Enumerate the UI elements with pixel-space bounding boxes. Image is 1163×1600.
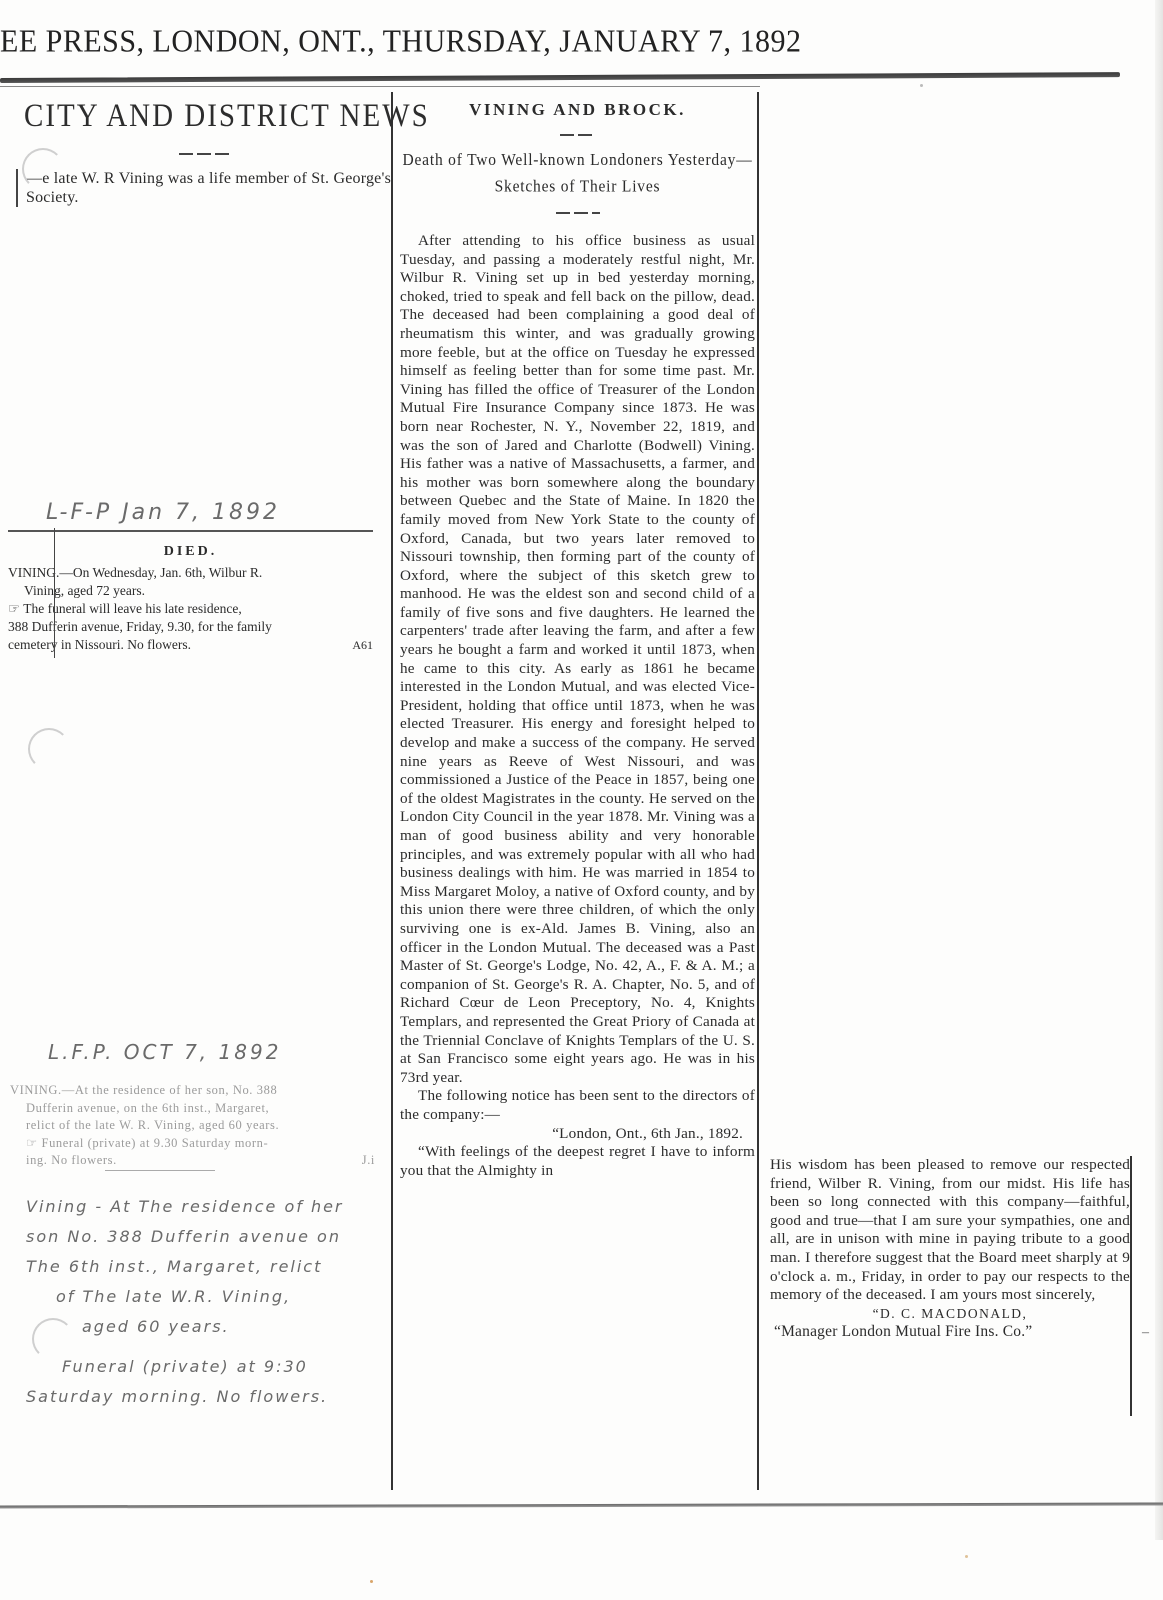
died-line: Vining, aged 72 years.: [8, 582, 373, 600]
clipping-edge-line: [54, 528, 55, 658]
separator: [560, 134, 596, 136]
handwritten-date-annotation: L.F.P. OCT 7, 1892: [48, 1040, 281, 1064]
right-column-border: [1130, 1156, 1132, 1416]
right-column-letter: His wisdom has been pleased to remove ou…: [770, 1156, 1130, 1341]
faded-line: ☞ Funeral (private) at 9.30 Saturday mor…: [10, 1135, 375, 1153]
clipping-bottom-rule: [0, 1502, 1163, 1508]
masthead-thin-rule: [0, 86, 760, 87]
article-subheadline: Death of Two Well-known Londoners Yester…: [400, 148, 755, 201]
letter-signature-title: “Manager London Mutual Fire Ins. Co.”: [770, 1323, 1130, 1341]
faded-line: Dufferin avenue, on the 6th inst., Marga…: [10, 1100, 375, 1118]
letter-opening: “With feelings of the deepest regret I h…: [400, 1143, 755, 1180]
faded-death-notice: VINING.—At the residence of her son, No.…: [10, 1082, 375, 1171]
punch-hole-mark: [28, 728, 70, 770]
died-line: VINING.—On Wednesday, Jan. 6th, Wilbur R…: [8, 564, 373, 582]
underline-mark: [105, 1170, 215, 1171]
newspaper-masthead: EE PRESS, LONDON, ONT., THURSDAY, JANUAR…: [0, 24, 1163, 66]
paper-speck: [370, 1580, 373, 1583]
masthead-rule: [0, 72, 1120, 83]
section-title: CITY AND DISTRICT NEWS: [24, 98, 391, 135]
handwritten-date-annotation: L-F-P Jan 7, 1892: [46, 500, 280, 525]
notice-intro: The following notice has been sent to th…: [400, 1087, 755, 1124]
article-body: After attending to his office business a…: [400, 232, 755, 1087]
letter-date: “London, Ont., 6th Jan., 1892.: [400, 1125, 755, 1144]
faded-line-text: ing. No flowers.: [26, 1153, 117, 1167]
died-line: cemetery in Nissouri. No flowers. A61: [8, 636, 373, 654]
handwritten-line: Saturday morning. No flowers.: [26, 1382, 396, 1412]
handwritten-line: son No. 388 Dufferin avenue on: [26, 1222, 396, 1252]
handwritten-line: Funeral (private) at 9:30: [26, 1352, 396, 1382]
article-headline: VINING AND BROCK.: [400, 100, 755, 120]
letter-signature: “D. C. MACDONALD,: [770, 1305, 1130, 1323]
died-notice-code: A61: [352, 636, 373, 654]
separator: [179, 153, 229, 155]
scan-edge-shadow: [1155, 0, 1163, 1540]
handwritten-line: Vining - At The residence of her: [26, 1192, 396, 1222]
edge-mark: –: [1142, 1325, 1149, 1341]
left-column: CITY AND DISTRICT NEWS —e late W. R Vini…: [16, 98, 391, 207]
separator: [556, 212, 600, 214]
paper-speck: [965, 1555, 968, 1558]
letter-continued: His wisdom has been pleased to remove ou…: [770, 1156, 1130, 1305]
faded-notice-code: J.i: [362, 1152, 375, 1170]
died-line: 388 Dufferin avenue, Friday, 9.30, for t…: [8, 618, 373, 636]
faded-line: relict of the late W. R. Vining, aged 60…: [10, 1117, 375, 1135]
paper-speck: [920, 84, 923, 87]
handwritten-line: aged 60 years.: [26, 1312, 396, 1342]
masthead-text: EE PRESS, LONDON, ONT., THURSDAY, JANUAR…: [0, 24, 802, 60]
handwritten-line: of The late W.R. Vining,: [26, 1282, 396, 1312]
punch-hole-mark: [22, 148, 64, 190]
faded-line: VINING.—At the residence of her son, No.…: [10, 1082, 375, 1100]
brief-news-item: —e late W. R Vining was a life member of…: [16, 169, 391, 207]
handwritten-transcription: Vining - At The residence of her son No.…: [26, 1192, 396, 1412]
column-divider-right: [757, 92, 759, 1490]
middle-column-article: VINING AND BROCK. Death of Two Well-know…: [400, 98, 755, 1180]
died-line-text: cemetery in Nissouri. No flowers.: [8, 637, 191, 652]
faded-line: ing. No flowers. J.i: [10, 1152, 375, 1170]
died-notice-text: VINING.—On Wednesday, Jan. 6th, Wilbur R…: [8, 564, 373, 654]
died-notice-clipping: DIED. VINING.—On Wednesday, Jan. 6th, Wi…: [8, 530, 373, 654]
died-heading: DIED.: [8, 544, 373, 560]
died-line: ☞ The funeral will leave his late reside…: [8, 600, 373, 618]
handwritten-line: The 6th inst., Margaret, relict: [26, 1252, 396, 1282]
